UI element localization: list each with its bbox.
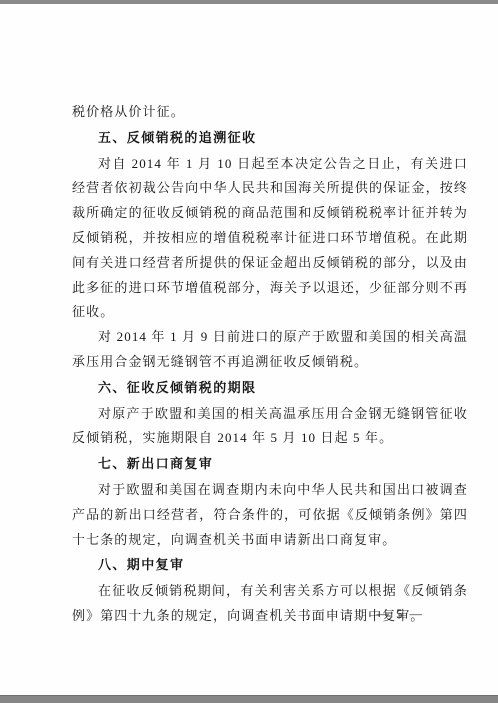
body-paragraph: 对于欧盟和美国在调查期内未向中华人民共和国出口被调查产品的新出口经营者，符合条件… bbox=[72, 478, 468, 552]
section-heading: 八、期中复审 bbox=[72, 553, 468, 578]
section-heading: 六、征收反倾销税的期限 bbox=[72, 376, 468, 401]
body-paragraph: 税价格从价计征。 bbox=[72, 100, 468, 125]
body-paragraph: 对自 2014 年 1 月 10 日起至本决定公告之日止，有关进口经营者依初裁公… bbox=[72, 152, 468, 326]
body-paragraph: 对 2014 年 1 月 9 日前进口的原产于欧盟和美国的相关高温承压用合金钢无… bbox=[72, 325, 468, 375]
scan-edge-bottom bbox=[0, 695, 498, 703]
body-paragraph: 对原产于欧盟和美国的相关高温承压用合金钢无缝钢管征收反倾销税，实施期限自 201… bbox=[72, 402, 468, 452]
scan-edge-top bbox=[0, 0, 498, 4]
scanned-document-page: 税价格从价计征。五、反倾销税的追溯征收对自 2014 年 1 月 10 日起至本… bbox=[0, 0, 498, 703]
section-heading: 五、反倾销税的追溯征收 bbox=[72, 126, 468, 151]
section-heading: 七、新出口商复审 bbox=[72, 452, 468, 477]
page-number: — 5 — bbox=[377, 607, 425, 622]
document-body: 税价格从价计征。五、反倾销税的追溯征收对自 2014 年 1 月 10 日起至本… bbox=[72, 100, 468, 629]
